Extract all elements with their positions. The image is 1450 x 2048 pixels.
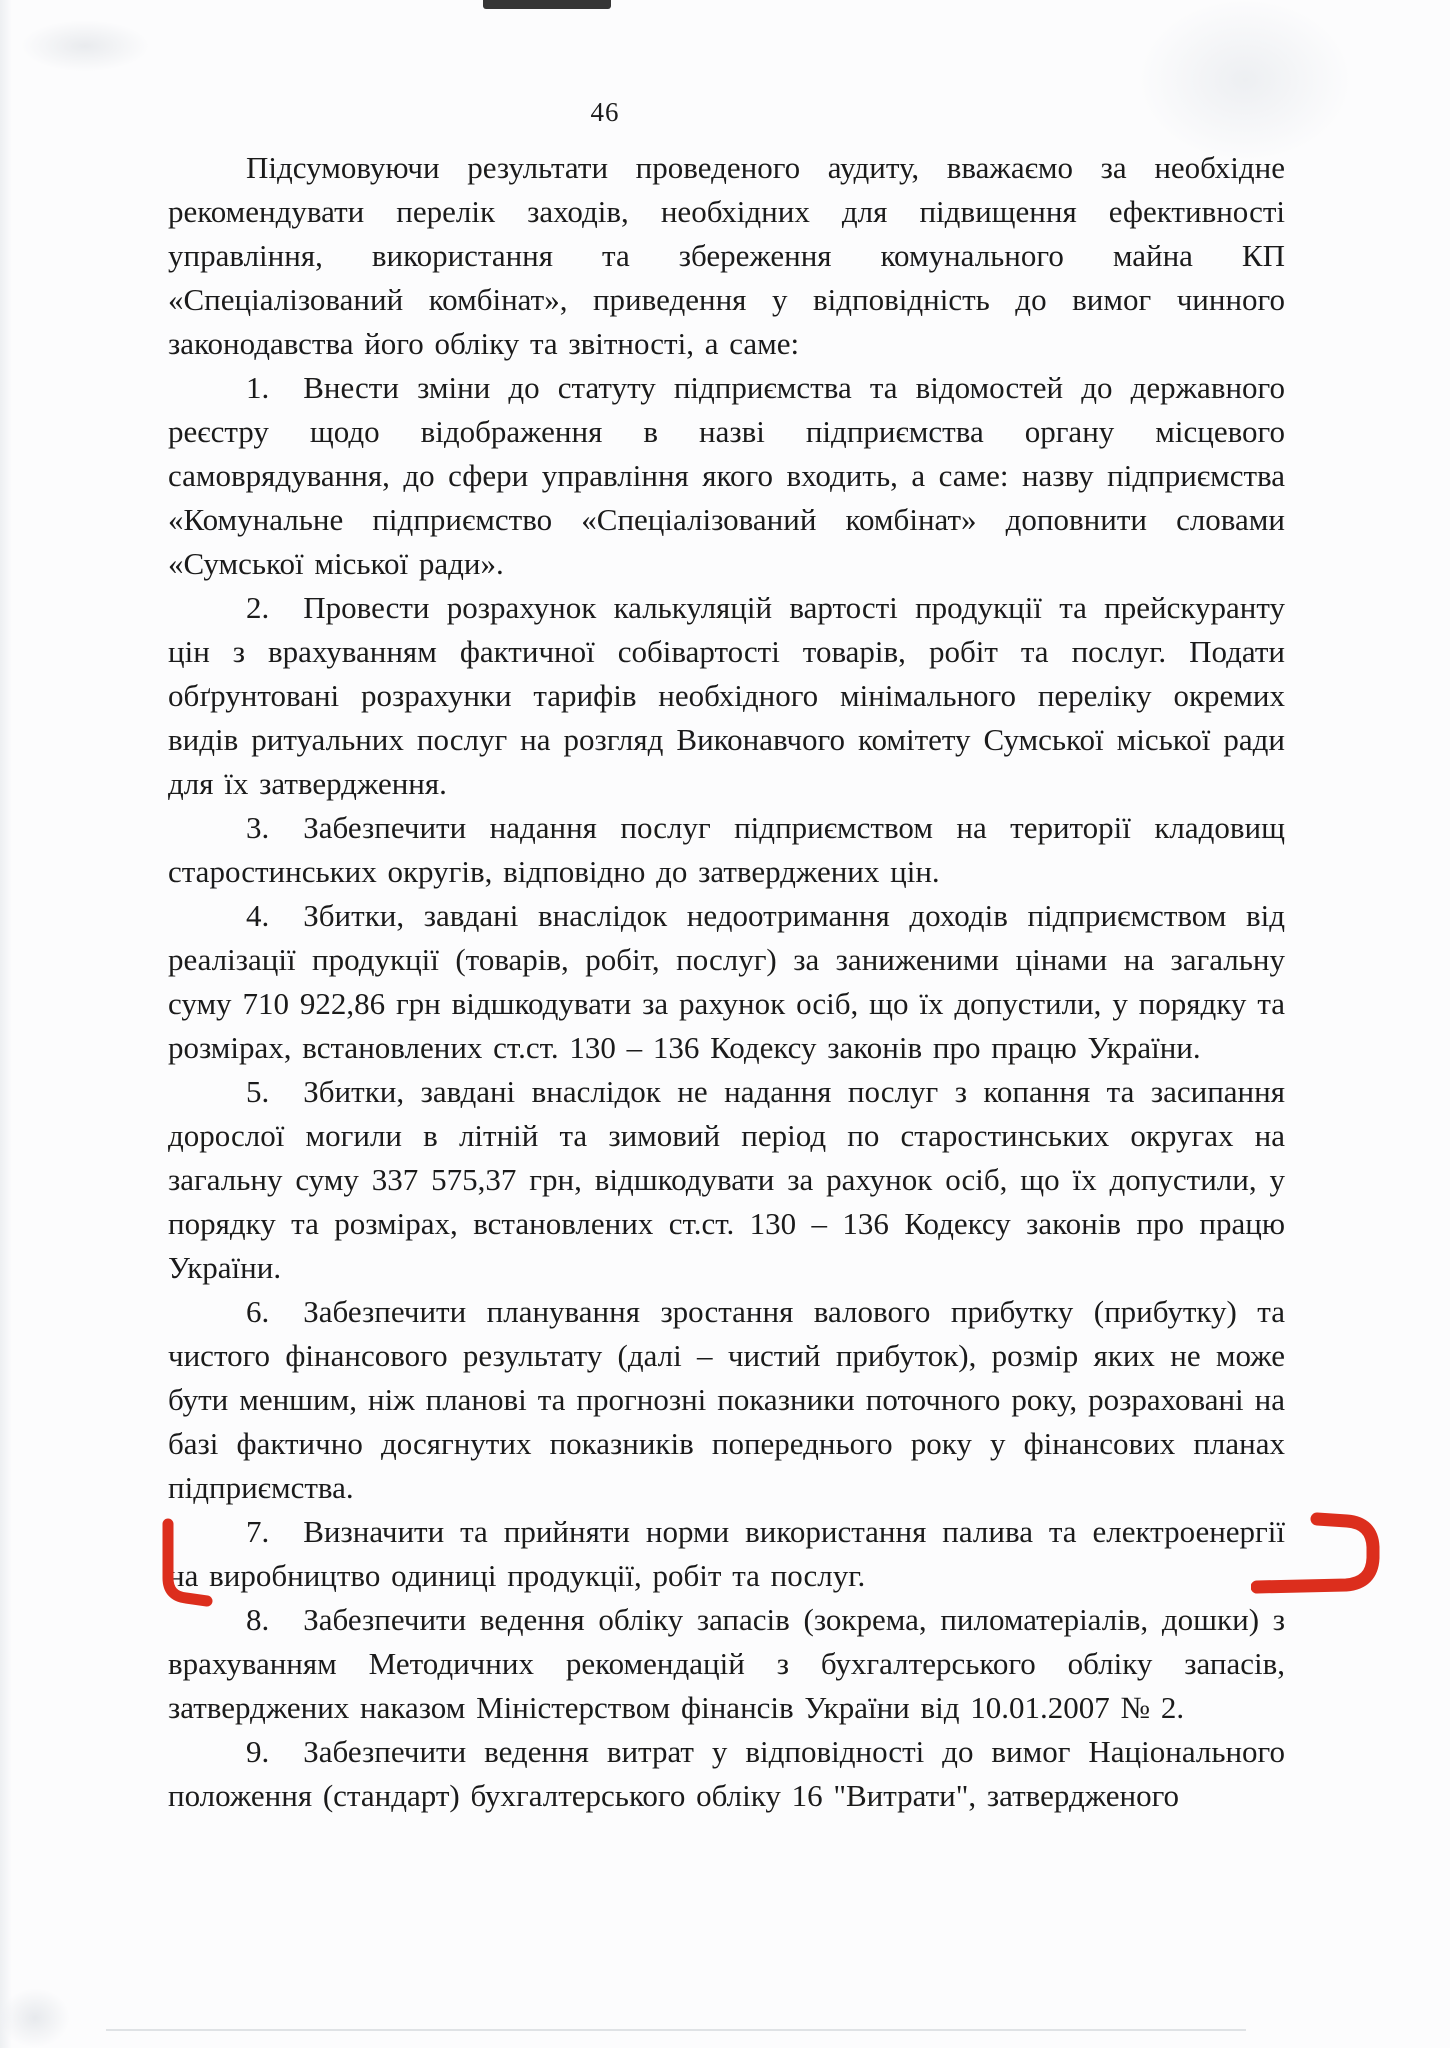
list-item-8: 8.Забезпечити ведення обліку запасів (зо…	[168, 1598, 1285, 1730]
list-item-2: 2.Провести розрахунок калькуляцій вартос…	[168, 586, 1285, 806]
document-body: Підсумовуючи результати проведеного ауди…	[168, 146, 1285, 1818]
scanned-document-page: 46 Підсумовуючи результати проведеного а…	[0, 0, 1450, 2048]
scan-artifact-edge	[0, 0, 12, 2048]
list-item-7-marked: 7.Визначити та прийняти норми використан…	[168, 1510, 1285, 1598]
item-text: Провести розрахунок калькуляцій вартості…	[168, 590, 1285, 801]
item-text: Забезпечити ведення обліку запасів (зокр…	[168, 1602, 1285, 1725]
item-text: Внести зміни до статуту підприємства та …	[168, 370, 1285, 581]
list-item-3: 3.Забезпечити надання послуг підприємств…	[168, 806, 1285, 894]
item-text: Забезпечити ведення витрат у відповіднос…	[168, 1734, 1285, 1813]
intro-paragraph: Підсумовуючи результати проведеного ауди…	[168, 146, 1285, 366]
list-item-1: 1.Внести зміни до статуту підприємства т…	[168, 366, 1285, 586]
item-number: 6.	[246, 1294, 303, 1329]
list-item-9: 9.Забезпечити ведення витрат у відповідн…	[168, 1730, 1285, 1818]
scan-artifact-smudge	[1140, 0, 1350, 160]
item-number: 7.	[246, 1514, 303, 1549]
item-text: Збитки, завдані внаслідок недоотримання …	[168, 898, 1285, 1065]
item-number: 8.	[246, 1602, 303, 1637]
item-number: 1.	[246, 370, 303, 405]
scan-artifact-top-bar	[483, 0, 611, 9]
intro-text: Підсумовуючи результати проведеного ауди…	[168, 150, 1285, 361]
item-text: Збитки, завдані внаслідок не надання пос…	[168, 1074, 1285, 1285]
item-number: 5.	[246, 1074, 303, 1109]
scan-artifact-smudge	[20, 20, 150, 72]
item-text: Забезпечити планування зростання валовог…	[168, 1294, 1285, 1505]
item-number: 3.	[246, 810, 303, 845]
scan-artifact-line	[106, 2029, 1246, 2031]
scan-artifact-smudge	[0, 1988, 70, 2048]
list-item-6: 6.Забезпечити планування зростання валов…	[168, 1290, 1285, 1510]
page-number: 46	[0, 97, 1210, 128]
list-item-4: 4.Збитки, завдані внаслідок недоотриманн…	[168, 894, 1285, 1070]
item-number: 9.	[246, 1734, 303, 1769]
item-text: Визначити та прийняти норми використання…	[168, 1514, 1285, 1593]
item-number: 4.	[246, 898, 303, 933]
item-text: Забезпечити надання послуг підприємством…	[168, 810, 1285, 889]
list-item-5: 5.Збитки, завдані внаслідок не надання п…	[168, 1070, 1285, 1290]
item-number: 2.	[246, 590, 303, 625]
